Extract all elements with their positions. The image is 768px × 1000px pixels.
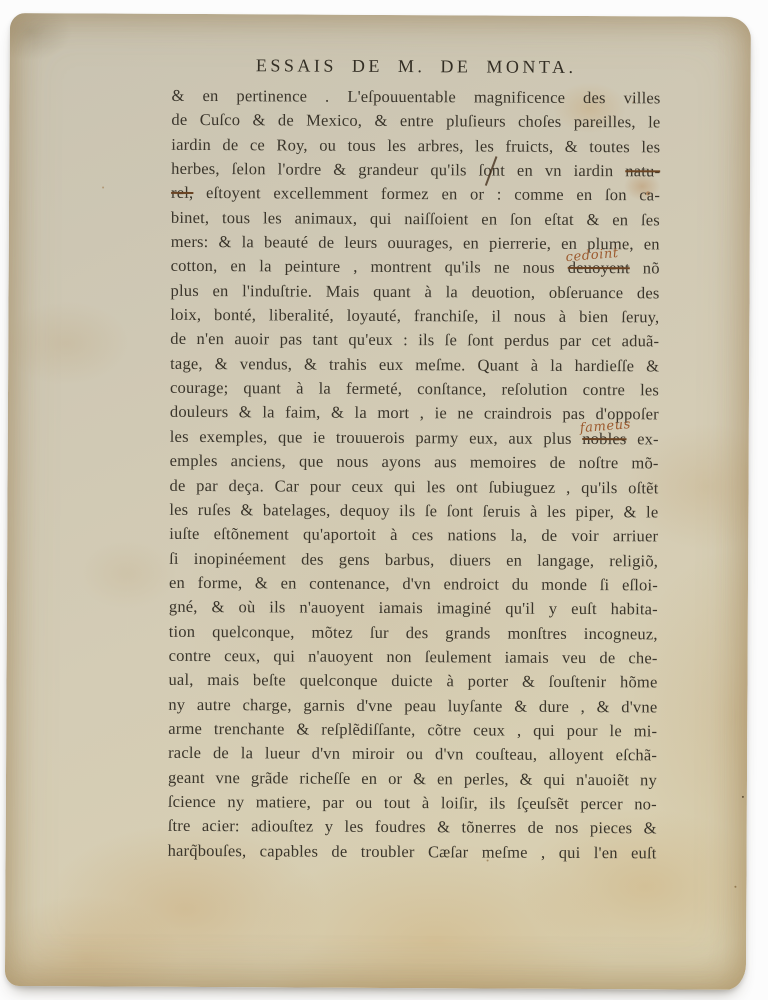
text-line: emples anciens, que nous ayons aus memoi… — [170, 449, 659, 476]
text-segment: de n'en auoir pas tant qu'eux : ils ſe ſ… — [170, 329, 659, 351]
page-content: ESSAIS DE M. DE MONTA. & en pertinence .… — [168, 55, 661, 866]
text-line: tage, & vendus, & trahis eux meſme. Quan… — [170, 352, 659, 379]
text-segment: ny autre charge, garnis d'vne peau luyſa… — [168, 694, 657, 716]
text-segment: harq̃bouſes, capables de troubler Cæſar … — [168, 840, 657, 862]
text-line: de Cuſco & de Mexico, & entre pluſieurs … — [171, 108, 660, 135]
text-line: de n'en auoir pas tant qu'eux : ils ſe ſ… — [170, 327, 659, 354]
text-segment: ſcience ny matiere, par ou tout à loiſir… — [168, 792, 657, 814]
text-line: gné, & où ils n'auoyent iamais imaginé q… — [169, 595, 658, 622]
text-line: de par deça. Car pour ceux qui les ont ſ… — [169, 473, 658, 500]
text-block: & en pertinence . L'eſpouuentable magnif… — [168, 84, 661, 866]
text-line: les exemples, que ie trouuerois parmy eu… — [170, 425, 659, 452]
text-line: ſcience ny matiere, par ou tout à loiſir… — [168, 790, 657, 817]
text-segment: courage; quant à la fermeté, conſtance, … — [170, 378, 659, 400]
text-line: les ruſes & batelages, dequoy ils ſe ſon… — [169, 498, 658, 525]
text-line: contre ceux, qui n'auoyent non ſeulement… — [169, 644, 658, 671]
text-line: loix, bonté, liberalité, loyauté, franch… — [170, 303, 659, 330]
struck-word: rel, — [171, 183, 193, 202]
text-line: binet, tous les animaux, qui naiſſoient … — [171, 206, 660, 233]
text-line: & en pertinence . L'eſpouuentable magnif… — [172, 84, 661, 111]
struck-word: natu- — [625, 161, 660, 180]
text-line: cotton, en la peinture , montrent qu'ils… — [171, 254, 660, 281]
text-segment: gné, & où ils n'auoyent iamais imaginé q… — [169, 597, 658, 619]
text-line: ſtre acier: adiouſtez y les foudres & tõ… — [168, 814, 657, 841]
text-segment: racle de la lueur d'vn miroir ou d'vn co… — [168, 743, 657, 765]
text-segment: nõ — [630, 259, 660, 278]
correction-group: cedointdeuoyent — [568, 256, 630, 281]
text-line: ual, mais beſte quelconque duicte à port… — [168, 668, 657, 695]
text-segment: les ruſes & batelages, dequoy ils ſe ſon… — [169, 500, 658, 522]
text-line: harq̃bouſes, capables de troubler Cæſar … — [168, 838, 657, 865]
text-line: ſi inopinéement des gens barbus, diuers … — [169, 546, 658, 573]
text-line: iuſte eſtõnement qu'aportoit à ces natio… — [169, 522, 658, 549]
text-segment: ſtre acier: adiouſtez y les foudres & tõ… — [168, 816, 657, 838]
text-line: ny autre charge, garnis d'vne peau luyſa… — [168, 692, 657, 719]
text-segment: iuſte eſtõnement qu'aportoit à ces natio… — [169, 524, 658, 546]
text-segment: geant vne grãde richeſſe en or & en perl… — [168, 767, 657, 789]
handwritten-correction: fameus — [579, 413, 632, 441]
text-line: rel, eſtoyent excellemment formez en or … — [171, 181, 660, 208]
text-segment: & en pertinence . L'eſpouuentable magnif… — [172, 86, 661, 108]
ink-stroked-word: ſont — [479, 158, 506, 182]
text-segment: iardin de ce Roy, ou tous les arbres, le… — [171, 135, 660, 157]
text-segment: emples anciens, que nous ayons aus memoi… — [170, 451, 659, 473]
text-line: iardin de ce Roy, ou tous les arbres, le… — [171, 133, 660, 160]
text-segment: contre ceux, qui n'auoyent non ſeulement… — [169, 646, 658, 668]
text-segment: loix, bonté, liberalité, loyauté, franch… — [170, 305, 659, 327]
text-line: herbes, ſelon l'ordre & grandeur qu'ils … — [171, 157, 660, 184]
running-header: ESSAIS DE M. DE MONTA. — [172, 55, 661, 79]
text-segment: en vn iardin — [505, 161, 625, 181]
text-segment: de Cuſco & de Mexico, & entre pluſieurs … — [171, 110, 660, 132]
text-segment: ſi inopinéement des gens barbus, diuers … — [169, 548, 658, 570]
text-segment: binet, tous les animaux, qui naiſſoient … — [171, 208, 660, 230]
text-line: tion quelconque, mõtez ſur des grands mo… — [169, 619, 658, 646]
text-line: plus en l'induſtrie. Mais quant à la deu… — [170, 279, 659, 306]
text-segment: tage, & vendus, & trahis eux meſme. Quan… — [170, 354, 659, 376]
text-segment: tion quelconque, mõtez ſur des grands mo… — [169, 621, 658, 643]
text-line: geant vne grãde richeſſe en or & en perl… — [168, 765, 657, 792]
text-segment: les exemples, que ie trouuerois parmy eu… — [170, 427, 583, 448]
correction-group: fameusnobles — [582, 427, 626, 452]
paper-specks — [10, 13, 14, 17]
handwritten-correction: cedoint — [565, 242, 620, 271]
text-line: courage; quant à la fermeté, conſtance, … — [170, 376, 659, 403]
text-line: arme trenchante & reſplẽdiſſante, cõtre … — [168, 717, 657, 744]
text-segment: arme trenchante & reſplẽdiſſante, cõtre … — [168, 719, 657, 741]
text-segment: ual, mais beſte quelconque duicte à port… — [168, 670, 657, 692]
text-line: racle de la lueur d'vn miroir ou d'vn co… — [168, 741, 657, 768]
text-segment: en forme, & en contenance, d'vn endroict… — [169, 573, 658, 595]
text-segment: eſtoyent excellemment formez en or : com… — [193, 183, 660, 204]
text-segment: herbes, ſelon l'ordre & grandeur qu'ils — [171, 159, 478, 180]
text-line: en forme, & en contenance, d'vn endroict… — [169, 571, 658, 598]
text-segment: de par deça. Car pour ceux qui les ont ſ… — [169, 475, 658, 497]
book-page: ESSAIS DE M. DE MONTA. & en pertinence .… — [5, 13, 751, 990]
text-segment: cotton, en la peinture , montrent qu'ils… — [171, 256, 568, 277]
text-segment: plus en l'induſtrie. Mais quant à la deu… — [171, 281, 660, 303]
photo-background: ESSAIS DE M. DE MONTA. & en pertinence .… — [0, 0, 768, 1000]
